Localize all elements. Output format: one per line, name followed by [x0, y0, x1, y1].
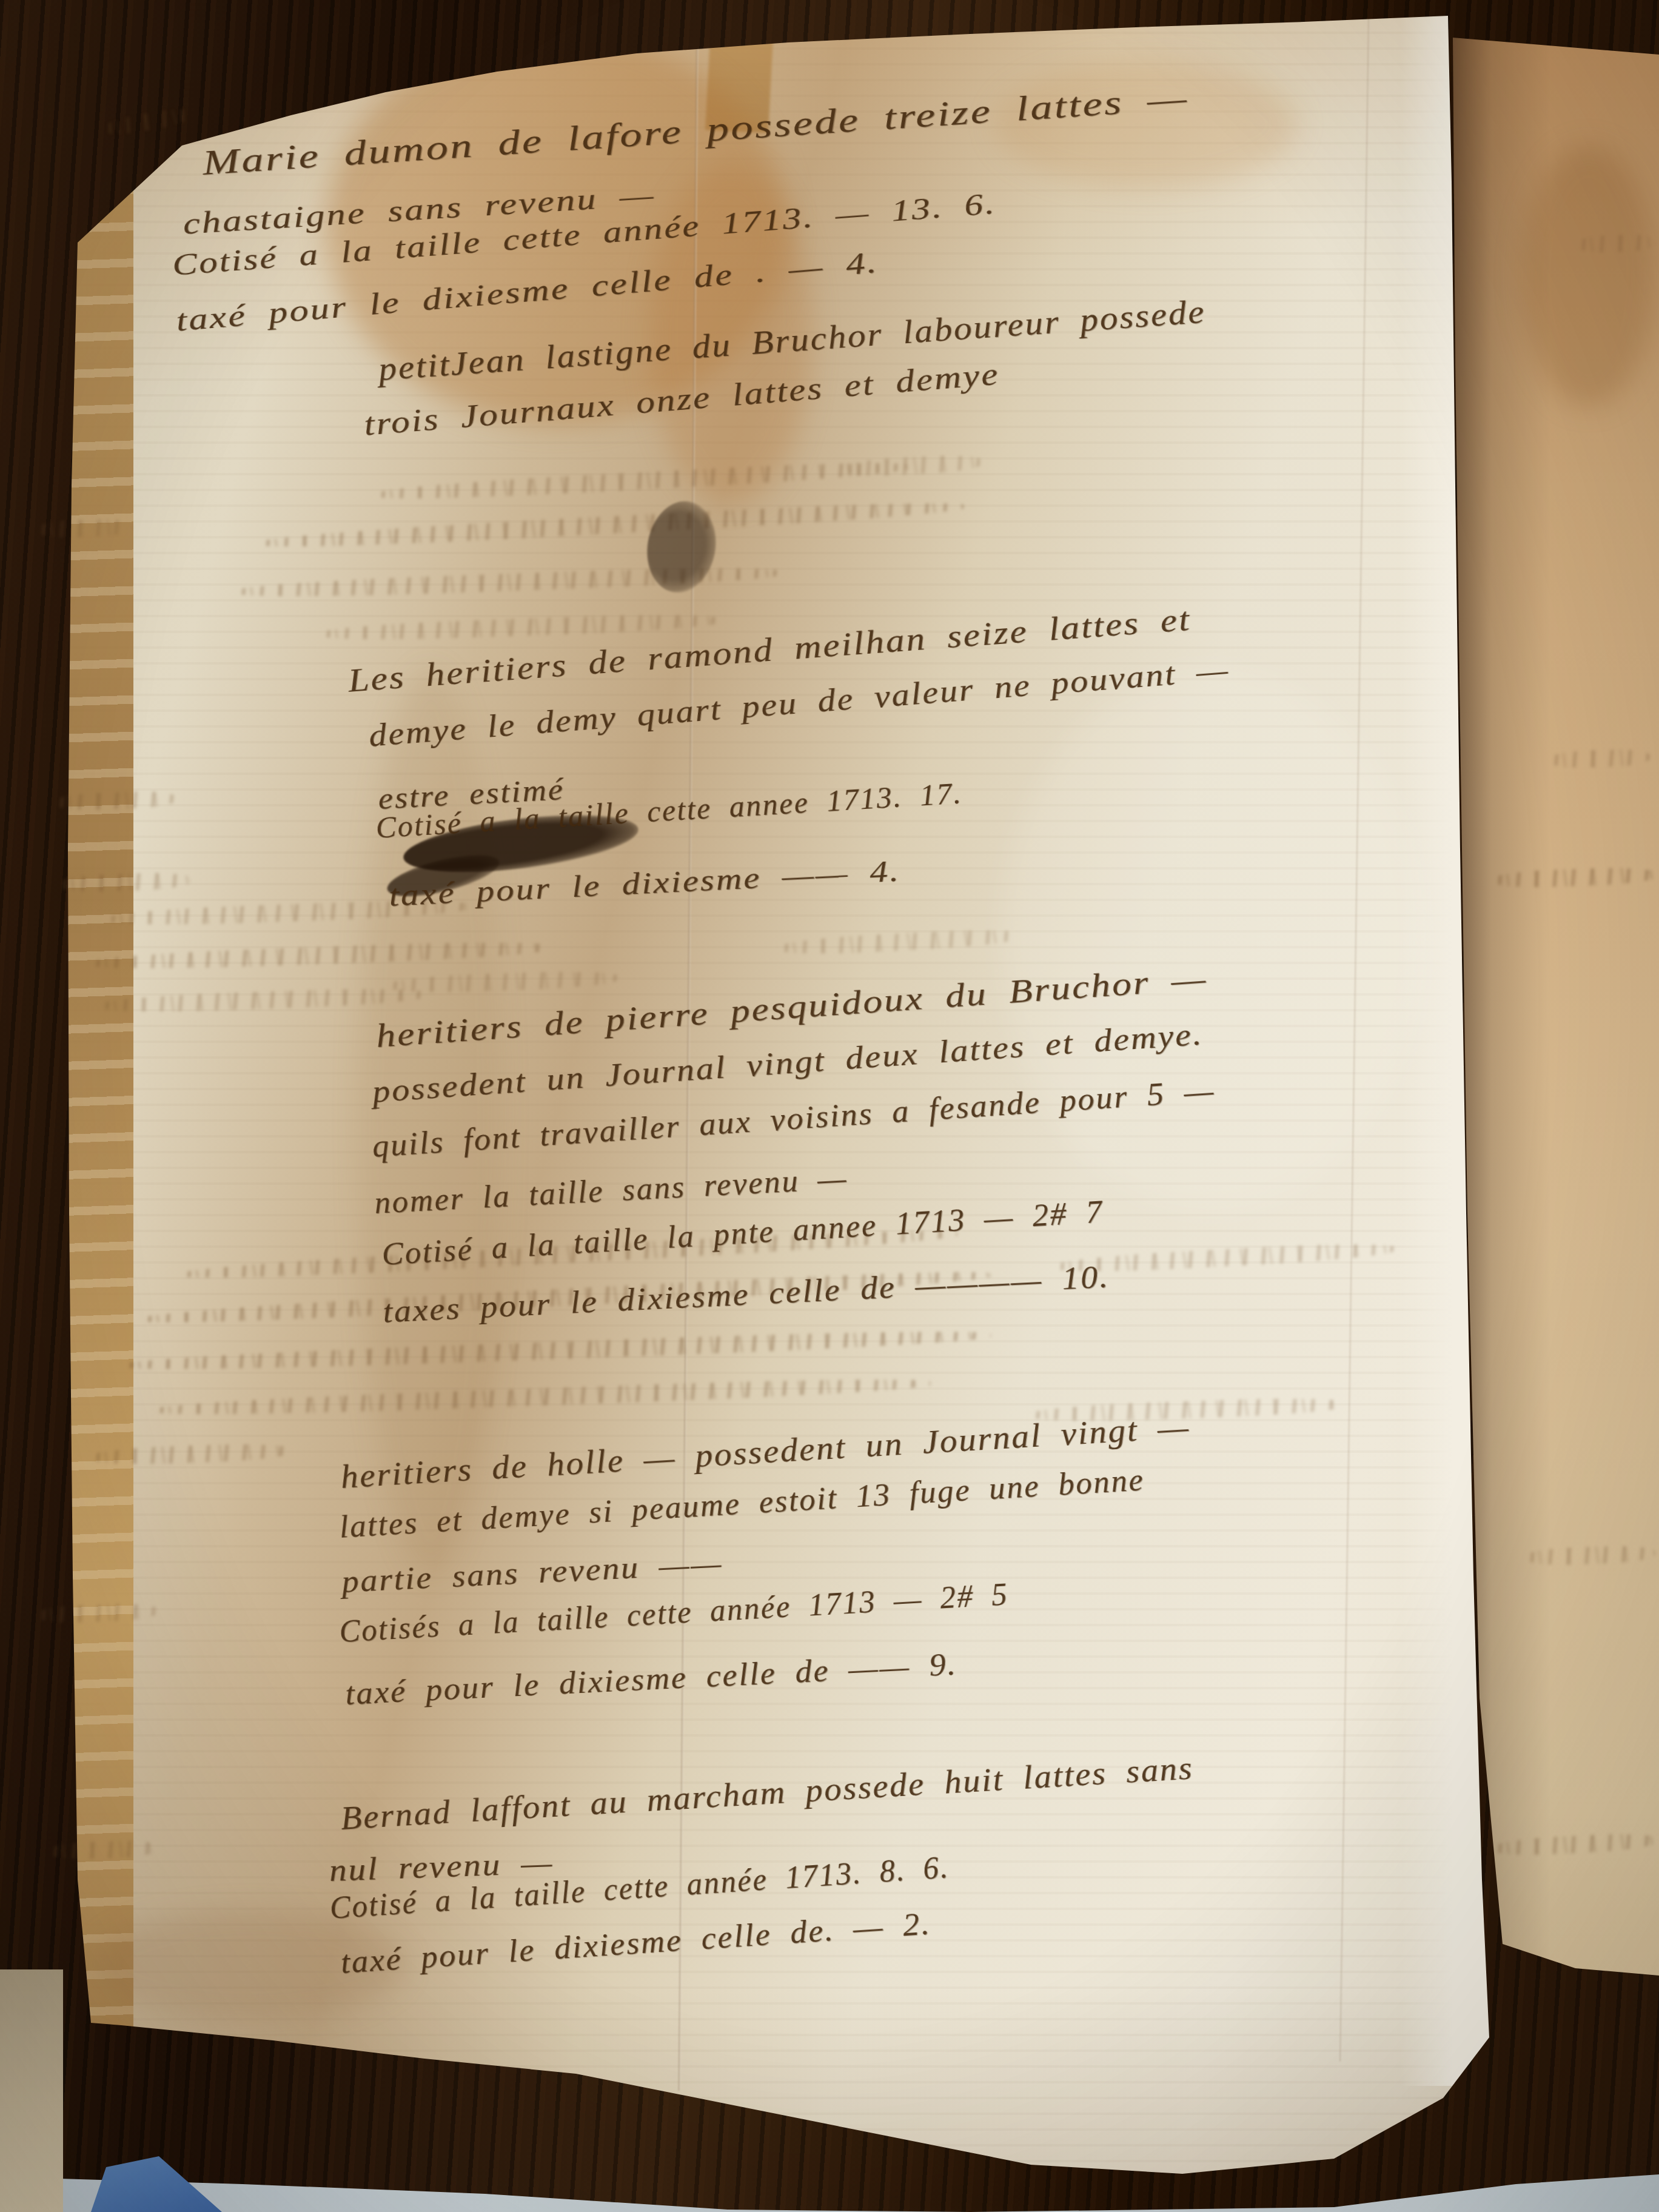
table-leg-beige-strip: [0, 1969, 63, 2212]
floor-fabric: [0, 2147, 1659, 2212]
photo-of-manuscript: Marie dumon de lafore possede treize lat…: [0, 0, 1659, 2212]
bleed-through-line: [102, 106, 195, 138]
tape-left-edge: [63, 79, 133, 2028]
highlight-right-center: [1000, 667, 1425, 1213]
blue-fabric: [85, 2154, 230, 2212]
right-page-stain: [1522, 146, 1655, 406]
